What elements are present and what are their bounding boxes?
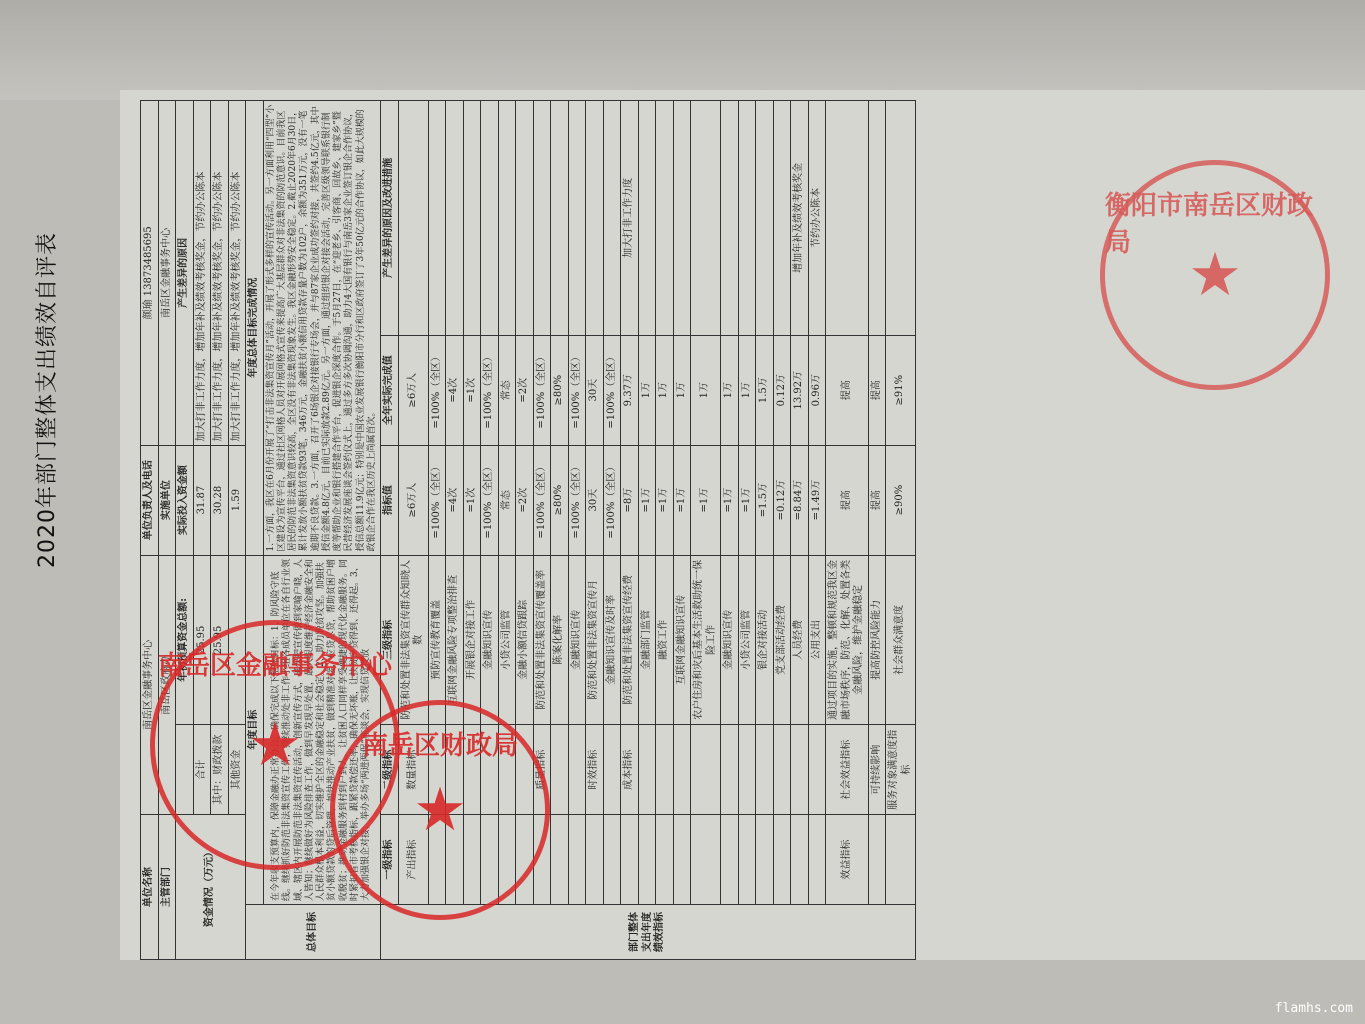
indicator-target: =1万 xyxy=(673,445,691,555)
indicator-target: =0.12万 xyxy=(773,445,791,555)
indicator-note xyxy=(551,101,569,336)
indicator-note xyxy=(738,101,756,336)
indicator-l1 xyxy=(673,815,691,905)
indicator-note xyxy=(868,101,886,336)
indicator-l1 xyxy=(568,815,586,905)
indicator-l3: 金融小额信贷跟踪 xyxy=(516,555,534,725)
indicator-l2 xyxy=(808,725,826,815)
indicator-note xyxy=(398,101,428,336)
indicator-target: =100%（全区） xyxy=(568,445,586,555)
indicator-target: =1万 xyxy=(638,445,656,555)
background-top xyxy=(0,0,1365,100)
indicator-target: =4次 xyxy=(446,445,464,555)
funds-row-actual: 1.59 xyxy=(228,445,246,555)
goals-label: 总体目标 xyxy=(246,905,381,960)
indicator-row: 党支部活动经费=0.12万0.12万 xyxy=(773,101,791,960)
impl: 南岳区金融事务中心 xyxy=(158,101,176,446)
dept-label: 主管部门 xyxy=(158,815,176,960)
indicator-l3: 金融知识宣传 xyxy=(481,555,499,725)
indicator-l2 xyxy=(756,725,774,815)
indicator-note xyxy=(638,101,656,336)
indicator-actual: 常态 xyxy=(498,335,516,445)
indicator-note xyxy=(498,101,516,336)
indicator-target: =1万 xyxy=(738,445,756,555)
indicator-target: =100%（全区） xyxy=(533,445,551,555)
contact: 颜瑜 13873485695 xyxy=(141,101,159,446)
indicator-l1 xyxy=(638,815,656,905)
indicator-target: =1万 xyxy=(691,445,721,555)
indicator-note: 增加年补及绩效考核奖金 xyxy=(791,101,809,336)
indicator-row: 小贷公司监管=1万1万 xyxy=(738,101,756,960)
indicator-row: 服务对象满意度指标社会群众满意度≥90%≥91% xyxy=(886,101,916,960)
indicator-row: 金融知识宣传=100%（全区）=100%（全区） xyxy=(568,101,586,960)
contact-label: 单位负责人及电话 xyxy=(141,445,159,555)
indicator-l3: 互联网金融知识宣传 xyxy=(673,555,691,725)
indicator-l1: 效益指标 xyxy=(826,815,869,905)
indicator-l3: 通过项目的实施，整顿和规范我区金融市场秩序，防范、化解、处置各类金融风险，维护金… xyxy=(826,555,869,725)
unit-name-label: 单位名称 xyxy=(141,815,159,960)
indicator-l2 xyxy=(568,725,586,815)
indicator-l2 xyxy=(603,725,621,815)
indicator-target: 提高 xyxy=(868,445,886,555)
indicator-header: 指标值 xyxy=(381,445,399,555)
indicator-target: 30天 xyxy=(586,445,604,555)
indicator-row: 金融部门监管=1万1万 xyxy=(638,101,656,960)
indicator-note: 加大打非工作力度 xyxy=(621,101,639,336)
indicator-l2 xyxy=(773,725,791,815)
indicator-l1 xyxy=(586,815,604,905)
indicator-row: 农户住房和灾后基本生活救助统一保险工作=1万1万 xyxy=(691,101,721,960)
indicator-l3: 融资工作 xyxy=(656,555,674,725)
indicator-target: 常态 xyxy=(498,445,516,555)
indicator-note xyxy=(721,101,739,336)
indicator-l3: 银企对接活动 xyxy=(756,555,774,725)
funds-row-reason: 加大打非工作力度，增加年补及绩效考核奖金，节约办公陈本 xyxy=(193,101,211,446)
indicator-l1 xyxy=(808,815,826,905)
indicator-l3: 金融知识宣传 xyxy=(568,555,586,725)
indicator-l2: 成本指标 xyxy=(621,725,639,815)
indicator-actual: =4次 xyxy=(446,335,464,445)
funds-row-actual: 31.87 xyxy=(193,445,211,555)
indicator-l3: 金融知识宣传 xyxy=(721,555,739,725)
indicator-actual: =1次 xyxy=(463,335,481,445)
completion-label: 年度总体目标完成情况 xyxy=(246,101,264,556)
indicator-l3: 陈案化解率 xyxy=(551,555,569,725)
indicator-row: 时效指标防范和处置非法集资宣传月30天30天 xyxy=(586,101,604,960)
indicator-l1 xyxy=(738,815,756,905)
indicator-row: 人员经费=8.84万13.92万增加年补及绩效考核奖金 xyxy=(791,101,809,960)
indicator-l2 xyxy=(721,725,739,815)
indicator-actual: =100%（全区） xyxy=(428,335,446,445)
indicator-l3: 防范和处置非法集资宣传经费 xyxy=(621,555,639,725)
indicator-l2 xyxy=(551,725,569,815)
indicator-l1 xyxy=(603,815,621,905)
indicator-target: =2次 xyxy=(516,445,534,555)
indicator-note xyxy=(446,101,464,336)
indicator-note xyxy=(481,101,499,336)
indicator-l1 xyxy=(621,815,639,905)
indicator-target: 提高 xyxy=(826,445,869,555)
indicator-actual: =100%（全区） xyxy=(603,335,621,445)
indicator-row: 陈案化解率≥80%≥80% xyxy=(551,101,569,960)
indicator-actual: =100%（全区） xyxy=(533,335,551,445)
indicator-actual: 1万 xyxy=(656,335,674,445)
indicator-note xyxy=(586,101,604,336)
indicator-l1 xyxy=(656,815,674,905)
indicator-l3: 防范和处置非法集资宣传覆盖率 xyxy=(533,555,551,725)
indicator-actual: 0.12万 xyxy=(773,335,791,445)
indicator-header: 全年实际完成值 xyxy=(381,335,399,445)
indicator-l2 xyxy=(673,725,691,815)
indicator-note xyxy=(603,101,621,336)
indicator-actual: ≥6万人 xyxy=(398,335,428,445)
indicator-l3: 小贷公司监管 xyxy=(738,555,756,725)
indicator-actual: 1万 xyxy=(721,335,739,445)
funds-col-actual: 实际投入资金额 xyxy=(176,445,194,555)
indicator-actual: 1.5万 xyxy=(756,335,774,445)
indicator-l1 xyxy=(756,815,774,905)
indicator-actual: ≥91% xyxy=(886,335,916,445)
indicator-target: =100%（全区） xyxy=(603,445,621,555)
indicator-l1 xyxy=(691,815,721,905)
indicator-l2: 服务对象满意度指标 xyxy=(886,725,916,815)
indicator-l2 xyxy=(691,725,721,815)
indicator-actual: 30天 xyxy=(586,335,604,445)
indicator-note xyxy=(826,101,869,336)
indicator-row: 公用支出=1.49万0.96万节约办公陈本 xyxy=(808,101,826,960)
indicator-l3: 社会群众满意度 xyxy=(886,555,916,725)
indicator-note xyxy=(773,101,791,336)
indicator-l3: 金融知识宣传及时率 xyxy=(603,555,621,725)
indicator-actual: 1万 xyxy=(638,335,656,445)
indicator-target: =100%（全区） xyxy=(428,445,446,555)
indicator-note xyxy=(756,101,774,336)
indicator-l3: 公用支出 xyxy=(808,555,826,725)
indicator-actual: 1万 xyxy=(738,335,756,445)
indicator-target: =100%（全区） xyxy=(481,445,499,555)
indicator-row: 成本指标防范和处置非法集资宣传经费=8万9.37万加大打非工作力度 xyxy=(621,101,639,960)
indicator-target: =1万 xyxy=(721,445,739,555)
indicator-note xyxy=(691,101,721,336)
funds-row-reason: 加大打非工作力度，增加年补及绩效考核奖金，节约办公陈本 xyxy=(211,101,229,446)
indicator-l1 xyxy=(721,815,739,905)
indicator-l3: 小贷公司监管 xyxy=(498,555,516,725)
funds-row-actual: 30.28 xyxy=(211,445,229,555)
indicator-l1 xyxy=(551,815,569,905)
indicator-l1 xyxy=(791,815,809,905)
indicator-l3: 党支部活动经费 xyxy=(773,555,791,725)
indicator-actual: 0.96万 xyxy=(808,335,826,445)
completion-text: 1.一方面，我区在6月份开展了“打击非法集资宣传月”活动，开展了形式多样的宣传活… xyxy=(263,101,381,556)
indicator-l2: 社会效益指标 xyxy=(826,725,869,815)
indicator-actual: =100%（全区） xyxy=(481,335,499,445)
funds-col-reason: 产生差异的原因 xyxy=(176,101,194,446)
indicator-target: =1次 xyxy=(463,445,481,555)
indicator-row: 银企对接活动=1.5万1.5万 xyxy=(756,101,774,960)
indicator-row: 可持续影响提高防控风险能力提高提高 xyxy=(868,101,886,960)
indicator-row: 融资工作=1万1万 xyxy=(656,101,674,960)
stamp-finance-bureau-2: ★衡阳市南岳区财政局 xyxy=(1100,160,1330,390)
indicator-target: ≥6万人 xyxy=(398,445,428,555)
impl-label: 实施单位 xyxy=(158,445,176,555)
indicator-target: =1.49万 xyxy=(808,445,826,555)
indicator-note xyxy=(886,101,916,336)
indicator-l2 xyxy=(638,725,656,815)
indicator-actual: 提高 xyxy=(826,335,869,445)
indicator-target: =8万 xyxy=(621,445,639,555)
indicator-l1 xyxy=(773,815,791,905)
indicator-actual: 9.37万 xyxy=(621,335,639,445)
indicator-l1 xyxy=(886,815,916,905)
indicator-l3: 金融部门监管 xyxy=(638,555,656,725)
indicator-row: 互联网金融知识宣传=1万1万 xyxy=(673,101,691,960)
indicator-note: 节约办公陈本 xyxy=(808,101,826,336)
indicator-actual: 13.92万 xyxy=(791,335,809,445)
indicator-actual: =2次 xyxy=(516,335,534,445)
dept-row: 主管部门 南岳区政府办 实施单位 南岳区金融事务中心 xyxy=(158,101,176,960)
indicator-target: =1万 xyxy=(656,445,674,555)
indicator-row: 金融知识宣传及时率=100%（全区）=100%（全区） xyxy=(603,101,621,960)
indicator-actual: =100%（全区） xyxy=(568,335,586,445)
indicator-note xyxy=(673,101,691,336)
indicator-target: =8.84万 xyxy=(791,445,809,555)
indicator-note xyxy=(428,101,446,336)
indicator-note xyxy=(516,101,534,336)
indicator-row: 效益指标社会效益指标通过项目的实施，整顿和规范我区金融市场秩序，防范、化解、处置… xyxy=(826,101,869,960)
stamp-finance-bureau: ★南岳区财政局 xyxy=(330,700,550,920)
indicator-l2: 可持续影响 xyxy=(868,725,886,815)
indicator-l3: 农户住房和灾后基本生活救助统一保险工作 xyxy=(691,555,721,725)
indicator-l2: 时效指标 xyxy=(586,725,604,815)
indicator-header: 产生差异的原因及改进措施 xyxy=(381,101,399,336)
indicator-actual: 1万 xyxy=(691,335,721,445)
indicator-l2 xyxy=(656,725,674,815)
indicator-row: 金融知识宣传=1万1万 xyxy=(721,101,739,960)
indicator-target: =1.5万 xyxy=(756,445,774,555)
indicator-l3: 开展银企对接工作 xyxy=(463,555,481,725)
unit-row: 单位名称 南岳区金融事务中心 单位负责人及电话 颜瑜 13873485695 xyxy=(141,101,159,960)
indicator-actual: 提高 xyxy=(868,335,886,445)
indicator-target: ≥90% xyxy=(886,445,916,555)
document-title: 2020年部门整体支出绩效自评表 xyxy=(30,100,61,700)
indicator-note xyxy=(533,101,551,336)
indicator-l2 xyxy=(738,725,756,815)
indicator-actual: 1万 xyxy=(673,335,691,445)
indicator-l1 xyxy=(868,815,886,905)
indicator-note xyxy=(568,101,586,336)
indicator-target: ≥80% xyxy=(551,445,569,555)
indicator-actual: ≥80% xyxy=(551,335,569,445)
indicator-l3: 人员经费 xyxy=(791,555,809,725)
indicator-l3: 防范和处置非法集资宣传群众知晓人数 xyxy=(398,555,428,725)
indicator-l2 xyxy=(791,725,809,815)
indicator-note xyxy=(463,101,481,336)
indicator-l3: 提高防控风险能力 xyxy=(868,555,886,725)
indicator-note xyxy=(656,101,674,336)
funds-row-reason: 加大打非工作力度，增加年补及绩效考核奖金，节约办公陈本 xyxy=(228,101,246,446)
watermark: flamhs.com xyxy=(1275,1001,1353,1016)
indicator-l3: 防范和处置非法集资宣传月 xyxy=(586,555,604,725)
